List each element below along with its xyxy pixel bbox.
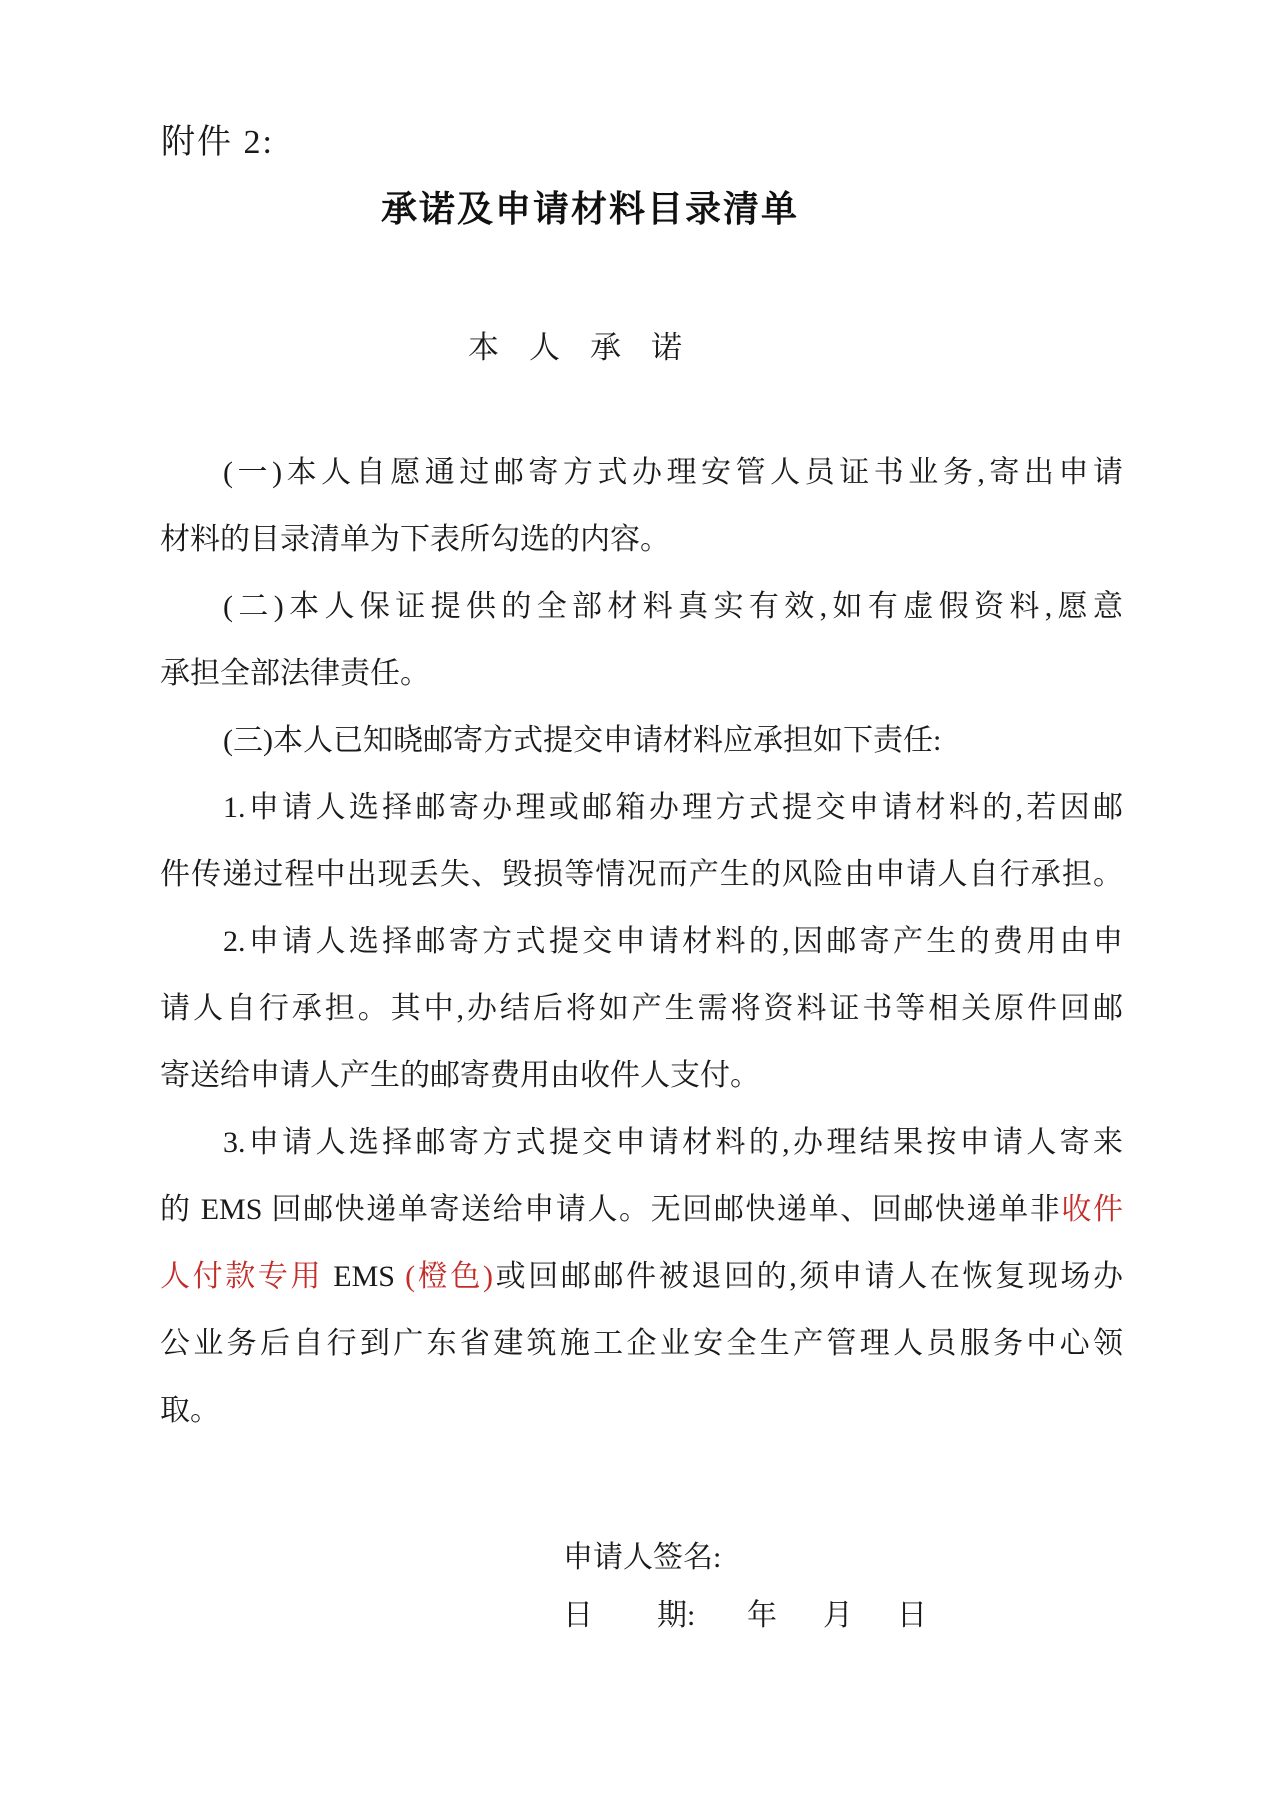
date-label-year: 年	[747, 1598, 777, 1634]
document-line: 公业务后自行到广东省建筑施工企业安全生产管理人员服务中心领	[160, 1310, 1123, 1377]
date-line: 日 期: 年 月 日	[563, 1598, 983, 1638]
document-line: 的 EMS 回邮快递单寄送给申请人。无回邮快递单、回邮快递单非收件	[160, 1176, 1123, 1243]
body-text: 承担全部法律责任。	[160, 657, 430, 690]
document-line: (一)本人自愿通过邮寄方式办理安管人员证书业务,寄出申请	[160, 439, 1123, 506]
applicant-signature-label: 申请人签名:	[563, 1540, 721, 1576]
body-text: (三)本人已知晓邮寄方式提交申请材料应承担如下责任:	[223, 724, 941, 757]
body-text: (二)本人保证提供的全部材料真实有效,如有虚假资料,愿意	[223, 590, 1123, 623]
attachment-label: 附件 2:	[161, 114, 274, 163]
document-line: (三)本人已知晓邮寄方式提交申请材料应承担如下责任:	[160, 707, 1123, 774]
document-line: 承担全部法律责任。	[160, 640, 1123, 707]
document-title: 承诺及申请材料目录清单	[0, 181, 1180, 232]
highlighted-red-text: 人付款专用	[160, 1260, 323, 1293]
body-text: 2.申请人选择邮寄方式提交申请材料的,因邮寄产生的费用由申	[223, 925, 1123, 958]
document-line: 1.申请人选择邮寄办理或邮箱办理方式提交申请材料的,若因邮	[160, 774, 1123, 841]
document-line: 请人自行承担。其中,办结后将如产生需将资料证书等相关原件回邮	[160, 975, 1123, 1042]
body-text: 材料的目录清单为下表所勾选的内容。	[160, 523, 670, 556]
date-label-day-char: 日	[563, 1598, 593, 1634]
body-text: 公业务后自行到广东省建筑施工企业安全生产管理人员服务中心领	[160, 1327, 1123, 1360]
document-line: 件传递过程中出现丢失、毁损等情况而产生的风险由申请人自行承担。	[160, 841, 1123, 908]
highlighted-red-text: (橙色)	[405, 1260, 493, 1293]
document-line: 人付款专用 EMS (橙色)或回邮邮件被退回的,须申请人在恢复现场办	[160, 1243, 1123, 1310]
body-text: 寄送给申请人产生的邮寄费用由收件人支付。	[160, 1059, 760, 1092]
document-line: (二)本人保证提供的全部材料真实有效,如有虚假资料,愿意	[160, 573, 1123, 640]
body-text: 件传递过程中出现丢失、毁损等情况而产生的风险由申请人自行承担。	[160, 858, 1123, 891]
date-label-qi-colon: 期:	[657, 1598, 695, 1634]
document-line: 取。	[160, 1377, 1123, 1444]
document-page: 附件 2: 承诺及申请材料目录清单 本人承诺 (一)本人自愿通过邮寄方式办理安管…	[0, 0, 1280, 1810]
highlighted-red-text: 收件	[1061, 1193, 1123, 1226]
body-text: 取。	[160, 1394, 220, 1427]
date-label-month: 月	[823, 1598, 853, 1634]
body-text: (一)本人自愿通过邮寄方式办理安管人员证书业务,寄出申请	[223, 456, 1123, 489]
body-text: EMS	[323, 1260, 405, 1293]
body-text: 1.申请人选择邮寄办理或邮箱办理方式提交申请材料的,若因邮	[223, 791, 1123, 824]
document-subtitle: 本人承诺	[0, 322, 1180, 367]
body-text: 3.申请人选择邮寄方式提交申请材料的,办理结果按申请人寄来	[223, 1126, 1123, 1159]
body-text: 请人自行承担。其中,办结后将如产生需将资料证书等相关原件回邮	[160, 992, 1123, 1025]
date-label-day: 日	[897, 1598, 927, 1634]
body-text: 的 EMS 回邮快递单寄送给申请人。无回邮快递单、回邮快递单非	[160, 1193, 1061, 1226]
document-line: 寄送给申请人产生的邮寄费用由收件人支付。	[160, 1042, 1123, 1109]
body-text: 或回邮邮件被退回的,须申请人在恢复现场办	[493, 1260, 1123, 1293]
document-body: (一)本人自愿通过邮寄方式办理安管人员证书业务,寄出申请材料的目录清单为下表所勾…	[160, 439, 1123, 1444]
document-line: 材料的目录清单为下表所勾选的内容。	[160, 506, 1123, 573]
document-line: 2.申请人选择邮寄方式提交申请材料的,因邮寄产生的费用由申	[160, 908, 1123, 975]
document-line: 3.申请人选择邮寄方式提交申请材料的,办理结果按申请人寄来	[160, 1109, 1123, 1176]
